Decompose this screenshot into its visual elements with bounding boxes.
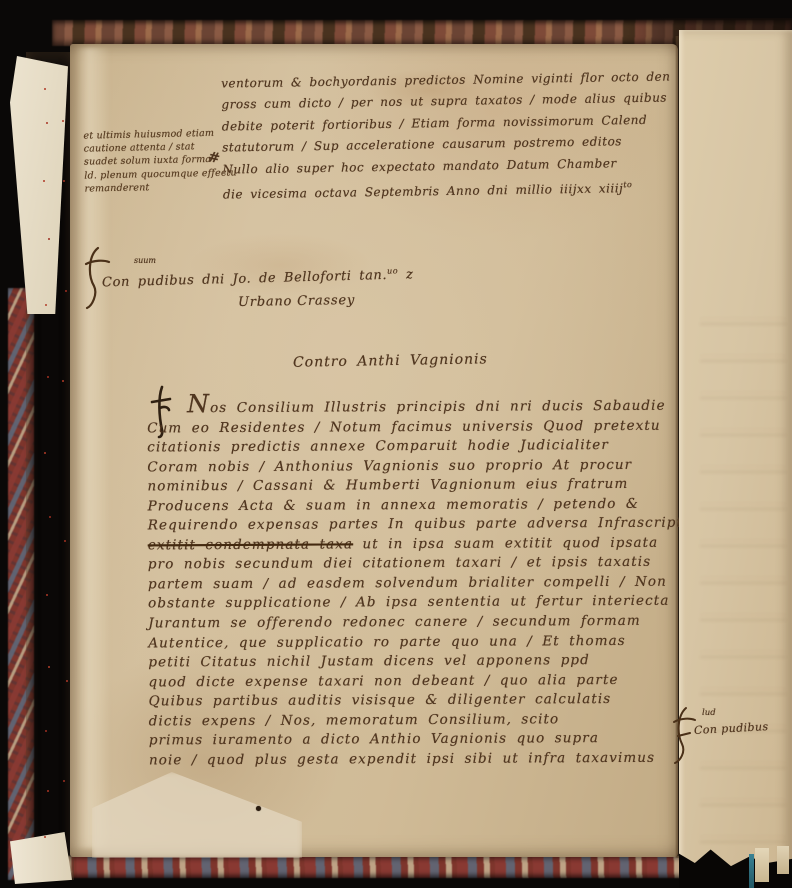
text-line: Requirendo expensas partes In quibus par… [148,514,693,536]
section-heading: Contro Anthi Vagnionis [293,351,488,370]
ink-blot [256,806,261,811]
marbled-endpaper-bottom [50,856,700,878]
red-edge-speckles [62,120,64,122]
manuscript-photo: ventorum & bochyordanis predictos Nomine… [0,0,792,888]
page-edge-tab [777,846,789,874]
text-line: Cum eo Residentes / Notum facimus univer… [147,416,692,438]
top-text-block: ventorum & bochyordanis predictos Nomine… [221,66,672,205]
text-line: Autentice, que supplicatio ro parte quo … [148,631,693,653]
left-marginal-note: et ultimis huiusmod etiam cautione atten… [83,126,237,195]
text-line: nominibus / Cassani & Humberti Vagnionum… [147,475,692,497]
superscript-word: lud [702,708,716,718]
text-line: noie / quod plus gesta expendit ipsi sib… [149,748,694,770]
text-line: quod dicte expense taxari non debeant / … [148,670,693,692]
superscript-abbreviation: uo [387,266,398,275]
struck-text: extitit condempnata taxa [148,536,353,553]
text-line: Jurantum se offerendo redonec canere / s… [148,612,693,634]
red-edge-speckles [44,88,46,90]
text-line-segment: die vicesima octava Septembris Anno dni … [223,181,624,201]
main-text-block: Nos Consilium Illustris principis dni nr… [147,397,693,771]
bookmark-ribbon [749,854,754,888]
text-line-segment: ut in ipsa suam extitit quod ipsata [353,535,658,553]
text-line: Nos Consilium Illustris principis dni nr… [147,397,692,419]
notarial-mark [672,706,696,764]
page-edge-tab [755,848,769,882]
endpaper-corner-bottom [10,832,72,884]
superscript-abbreviation: to [623,180,632,189]
entry-line: Urbano Crassey [238,293,355,310]
show-through-text [700,296,786,856]
text-line-segment: z [406,267,414,282]
superscript-word: suum [134,256,156,265]
